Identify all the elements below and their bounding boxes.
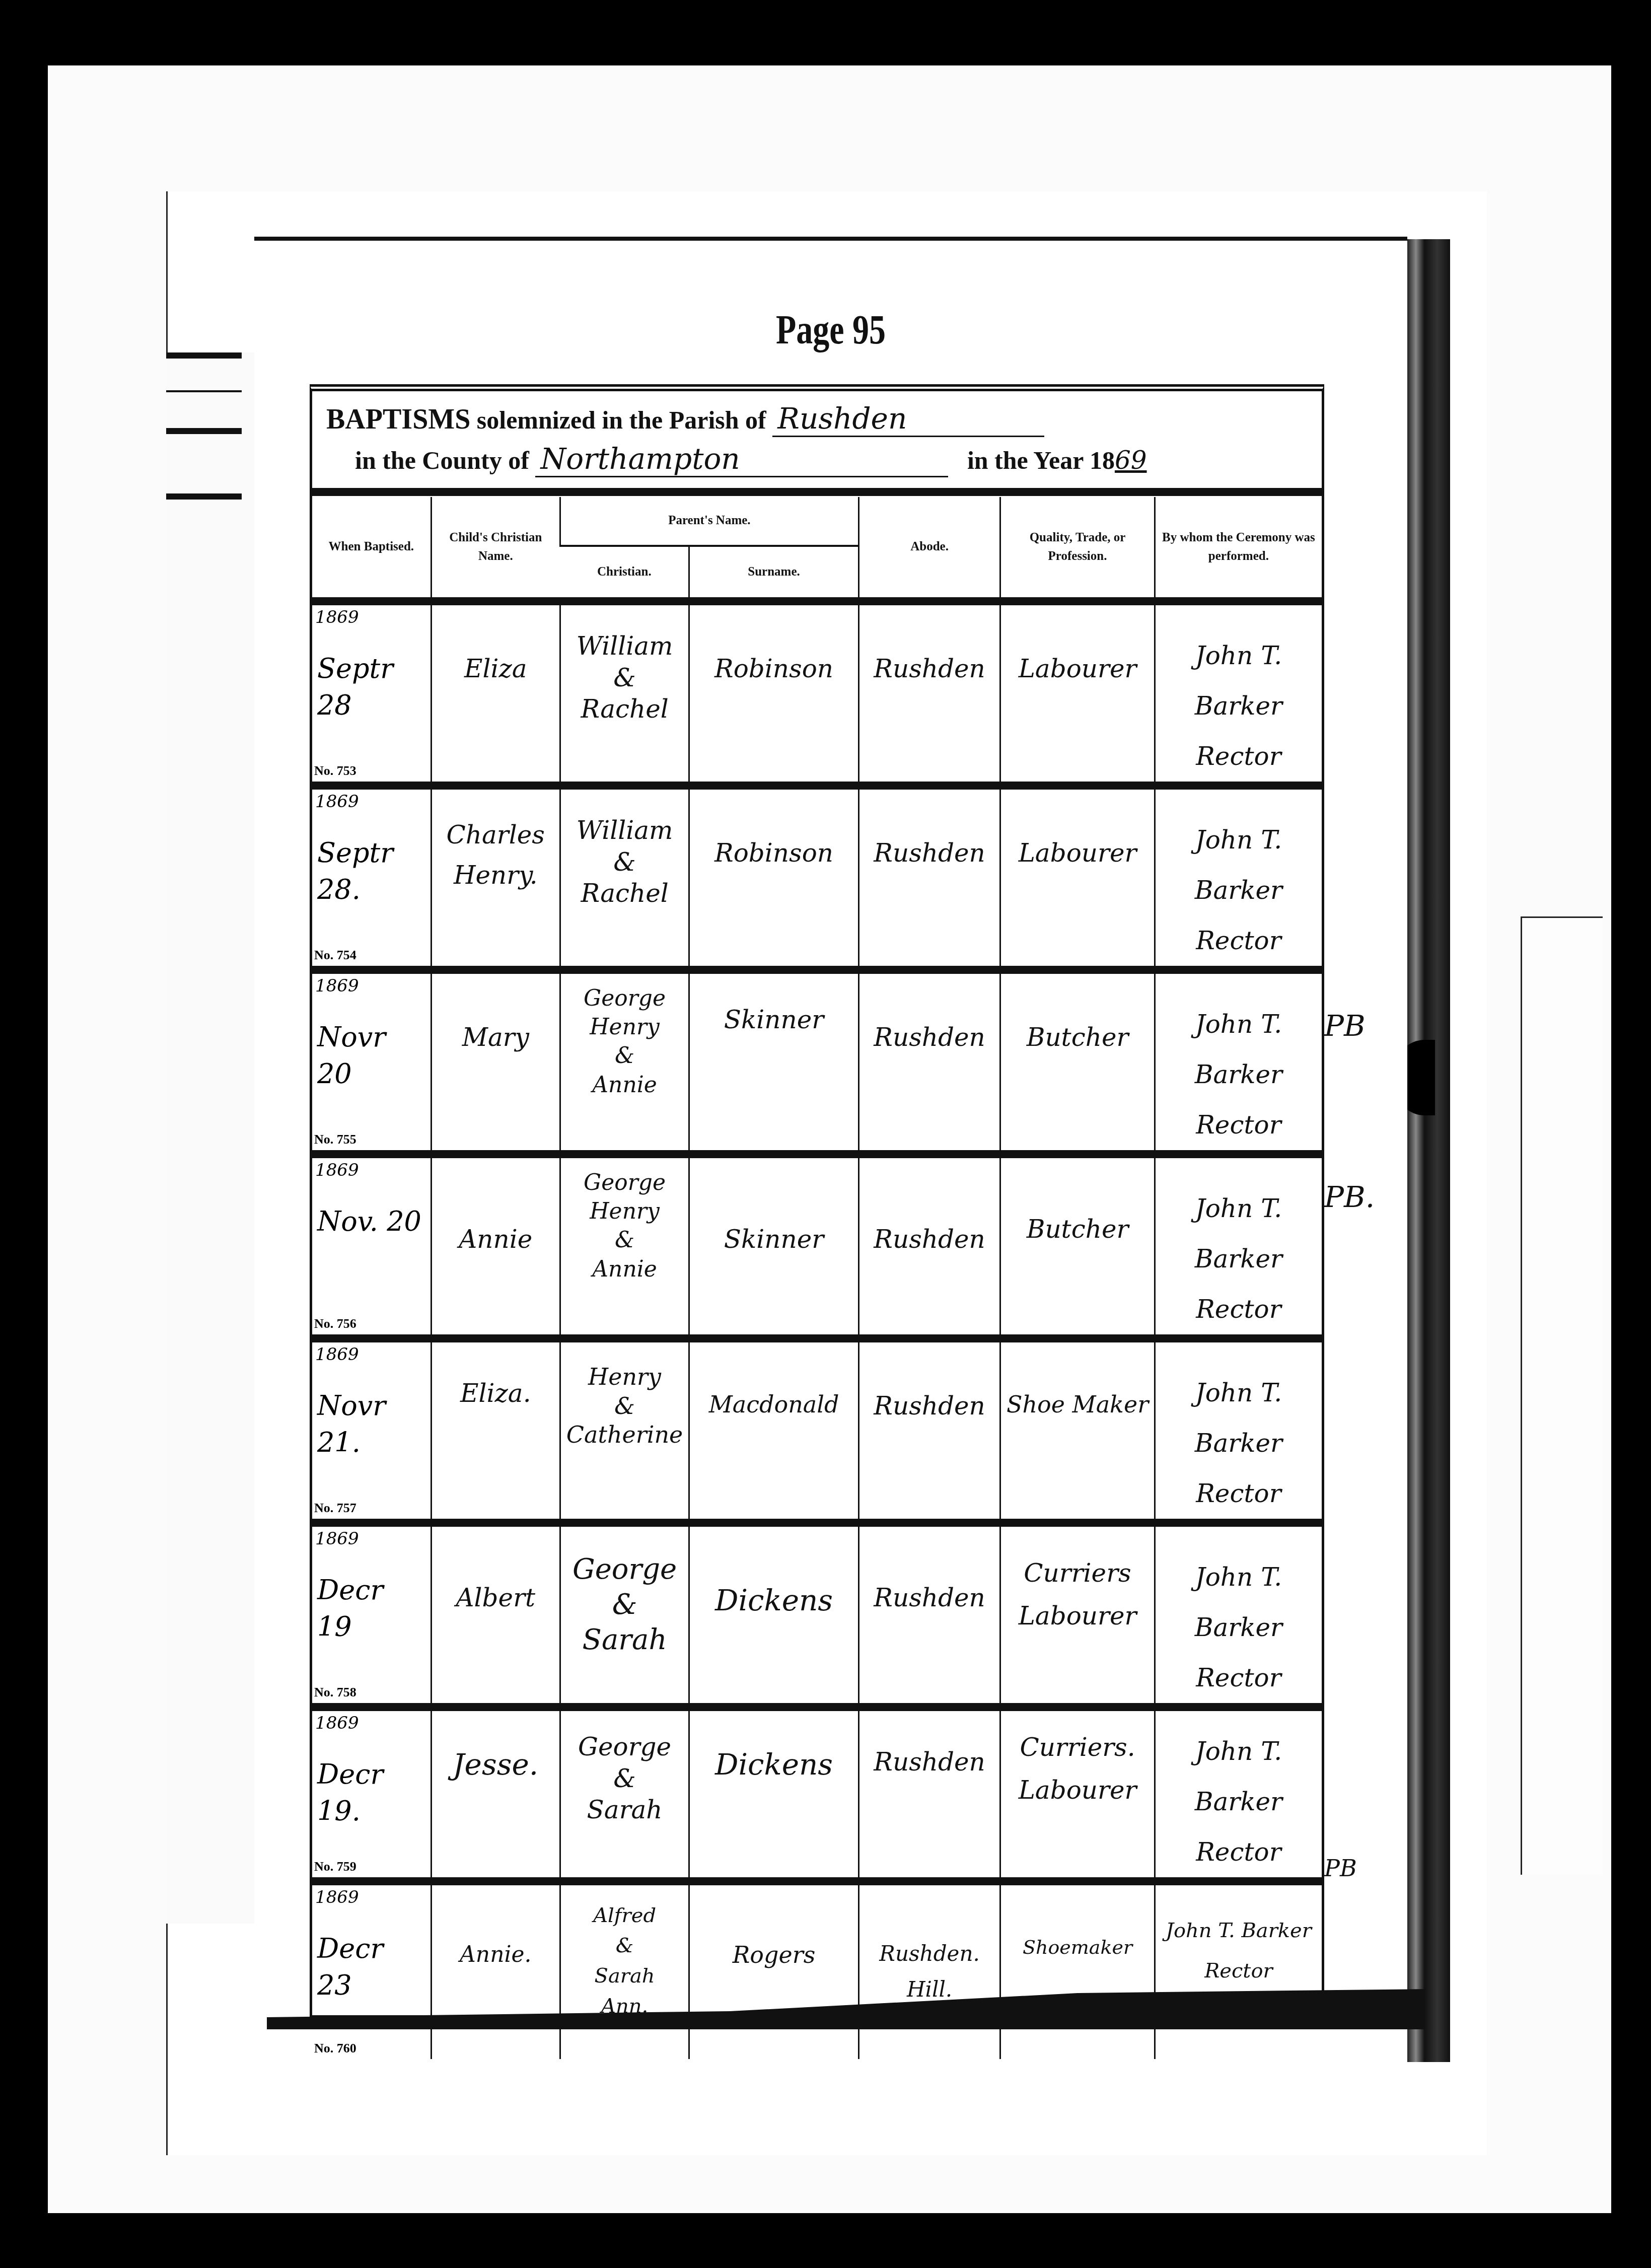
profession: Butcher [1001,974,1154,1053]
child-cell: Charles Henry. [431,786,560,970]
entry-number: No. 758 [314,1685,356,1700]
abode: Rushden [859,1527,999,1614]
profession: Curriers Labourer [1001,1527,1154,1638]
entry-number: No. 756 [314,1316,356,1331]
profession-cell: Labourer [1000,786,1155,970]
profession: Shoemaker [1001,1885,1154,1960]
table-row: 1869 Septr 28. No. 754 Charles Henry. Wi… [312,786,1322,970]
abode: Rushden [859,790,999,869]
performed-by-cell: John T. Barker Rector [1155,1523,1322,1707]
date-cell: 1869 Septr 28. No. 754 [312,786,431,970]
col-parent-surname: Surname. [689,546,859,601]
profession: Curriers. Labourer [1001,1711,1154,1812]
child-name: Eliza. [432,1342,559,1409]
abode-cell: Rushden [858,601,1000,786]
entry-date: Novr 20 [317,1019,386,1093]
profession-cell: Shoemaker [1000,1881,1155,2059]
entry-year: 1869 [315,1713,359,1733]
performed-by-cell: John T. Barker Rector [1155,970,1322,1154]
performed-by: John T. Barker Rector [1156,605,1322,782]
table-row: 1869 Septr 28 No. 753 Eliza William & Ra… [312,601,1322,786]
parents-cell: Henry & Catherine [560,1338,689,1523]
child-name: Annie [432,1158,559,1255]
parents-cell: George & Sarah [560,1523,689,1707]
parents-surname: Skinner [690,974,858,1036]
parents-cell: George Henry & Annie [560,970,689,1154]
date-cell: 1869 Septr 28 No. 753 [312,601,431,786]
previous-page-edge [166,352,259,1924]
book-edge-strip [1521,916,1603,1875]
entry-date: Decr 19. [317,1756,383,1830]
heading-year-label: in the Year 18 [967,446,1115,474]
parents-cell: Alfred & Sarah Ann. [560,1881,689,2059]
performed-by: John T. Barker Rector [1156,1711,1322,1877]
profession: Labourer [1001,605,1154,685]
entry-year: 1869 [315,607,359,627]
col-child-name: Child's Christian Name. [431,497,560,601]
surname-cell: Robinson [689,786,859,970]
child-name: Charles Henry. [432,790,559,895]
entry-date: Decr 23 [317,1931,383,2004]
entry-number: No. 759 [314,1859,356,1874]
table-row: 1869 Nov. 20 No. 756 Annie George Henry … [312,1154,1322,1338]
parish-field: Rushden [772,401,1044,437]
child-name: Annie. [432,1885,559,1968]
date-cell: 1869 Decr 19 No. 758 [312,1523,431,1707]
parents-surname: Rogers [690,1885,858,1970]
profession-cell: Shoe Maker [1000,1338,1155,1523]
abode: Rushden [859,1711,999,1778]
abode: Rushden [859,1158,999,1255]
abode-cell: Rushden [858,970,1000,1154]
parents-cell: William & Rachel [560,786,689,970]
entry-number: No. 755 [314,1132,356,1147]
col-abode: Abode. [858,497,1000,601]
heading-baptisms: BAPTISMS [326,404,470,435]
profession-cell: Curriers Labourer [1000,1523,1155,1707]
margin-note-initials: PB [1324,1855,1357,1882]
performed-by-cell: John T. Barker Rector [1155,786,1322,970]
parents-christian: William & Rachel [561,605,688,725]
surname-cell: Rogers [689,1881,859,2059]
previous-page-rule [166,428,242,434]
surname-cell: Dickens [689,1707,859,1881]
abode-cell: Rushden [858,1338,1000,1523]
entry-year: 1869 [315,1344,359,1365]
parents-christian: George Henry & Annie [561,1158,688,1284]
abode-cell: Rushden [858,786,1000,970]
heading-rule [312,488,1322,496]
performed-by: John T. Barker Rector [1156,974,1322,1150]
surname-cell: Skinner [689,970,859,1154]
child-cell: Annie [431,1154,560,1338]
date-cell: 1869 Decr 19. No. 759 [312,1707,431,1881]
entry-year: 1869 [315,1529,359,1549]
date-cell: 1869 Decr 23 No. 760 [312,1881,431,2059]
profession: Butcher [1001,1158,1154,1245]
child-name: Mary [432,974,559,1053]
table-row: 1869 Novr 21. No. 757 Eliza. Henry & Cat… [312,1338,1322,1523]
child-cell: Albert [431,1523,560,1707]
table-row: 1869 Decr 23 No. 760 Annie. Alfred & Sar… [312,1881,1322,2059]
performed-by-cell: John T. Barker Rector [1155,1707,1322,1881]
performed-by: John T. Barker Rector [1156,1342,1322,1519]
abode: Rushden [859,1342,999,1422]
previous-page-rule [166,493,242,500]
surname-cell: Dickens [689,1523,859,1707]
col-profession: Quality, Trade, or Profession. [1000,497,1155,601]
profession-cell: Butcher [1000,970,1155,1154]
table-row: 1869 Decr 19. No. 759 Jesse. George & Sa… [312,1707,1322,1881]
entry-year: 1869 [315,792,359,812]
parents-christian: Henry & Catherine [561,1342,688,1450]
entry-number: No. 760 [314,2041,356,2056]
parents-cell: William & Rachel [560,601,689,786]
table-row: 1869 Novr 20 No. 755 Mary George Henry &… [312,970,1322,1154]
abode-cell: Rushden [858,1154,1000,1338]
heading-parish-label: solemnized in the Parish of [477,406,766,434]
profession: Labourer [1001,790,1154,869]
col-performed-by: By whom the Ceremony was performed. [1155,497,1322,601]
parents-surname: Macdonald [690,1342,858,1420]
performed-by: John T. Barker Rector [1156,1885,1322,1991]
entry-number: No. 753 [314,763,356,778]
baptism-register: BAPTISMS solemnized in the Parish of Rus… [310,384,1324,2022]
entry-date: Nov. 20 [317,1203,421,1240]
profession-cell: Labourer [1000,601,1155,786]
entry-date: Septr 28 [317,651,393,724]
child-name: Albert [432,1527,559,1614]
child-cell: Mary [431,970,560,1154]
surname-cell: Robinson [689,601,859,786]
parents-christian: Alfred & Sarah Ann. [561,1885,688,2021]
parents-christian: William & Rachel [561,790,688,909]
surname-cell: Skinner [689,1154,859,1338]
performed-by: John T. Barker Rector [1156,1158,1322,1334]
date-cell: 1869 Novr 20 No. 755 [312,970,431,1154]
parents-surname: Robinson [690,605,858,685]
abode: Rushden [859,605,999,685]
parents-surname: Skinner [690,1158,858,1255]
child-name: Jesse. [432,1711,559,1783]
child-cell: Jesse. [431,1707,560,1881]
year-field: 69 [1115,446,1147,475]
date-cell: 1869 Novr 21. No. 757 [312,1338,431,1523]
margin-note-initials: PB. [1324,1180,1375,1214]
surname-cell: Macdonald [689,1338,859,1523]
performed-by-cell: John T. Barker Rector [1155,1881,1322,2059]
previous-page-rule [166,390,242,392]
register-page: Page 95 BAPTISMS solemnized in the Paris… [254,237,1407,2139]
profession: Shoe Maker [1001,1342,1154,1420]
date-cell: 1869 Nov. 20 No. 756 [312,1154,431,1338]
profession-cell: Butcher [1000,1154,1155,1338]
child-cell: Annie. [431,1881,560,2059]
performed-by-cell: John T. Barker Rector [1155,1154,1322,1338]
col-parent-christian: Christian. [560,546,689,601]
previous-page-rule [166,352,242,359]
performed-by: John T. Barker Rector [1156,1527,1322,1703]
table-row: 1869 Decr 19 No. 758 Albert George & Sar… [312,1523,1322,1707]
parents-cell: George Henry & Annie [560,1154,689,1338]
register-heading: BAPTISMS solemnized in the Parish of Rus… [312,391,1322,494]
abode-cell: Rushden [858,1707,1000,1881]
page-title: Page 95 [254,307,1407,355]
parents-surname: Dickens [690,1711,858,1783]
parents-surname: Dickens [690,1527,858,1619]
col-parents-name: Parent's Name. [560,497,858,546]
abode: Rushden [859,974,999,1053]
parents-christian: George Henry & Annie [561,974,688,1099]
performed-by: John T. Barker Rector [1156,790,1322,966]
county-field: Northampton [535,442,948,477]
child-cell: Eliza. [431,1338,560,1523]
col-when-baptised: When Baptised. [312,497,431,601]
entry-number: No. 757 [314,1501,356,1516]
abode-cell: Rushden [858,1523,1000,1707]
child-cell: Eliza [431,601,560,786]
child-name: Eliza [432,605,559,685]
parents-surname: Robinson [690,790,858,869]
abode-cell: Rushden. Hill. [858,1881,1000,2059]
performed-by-cell: John T. Barker Rector [1155,601,1322,786]
entry-year: 1869 [315,1887,359,1907]
baptism-table: When Baptised. Child's Christian Name. P… [312,497,1322,2059]
heading-county-label: in the County of [355,446,529,474]
margin-note-initials: PB [1324,1009,1366,1043]
entry-year: 1869 [315,976,359,996]
parents-christian: George & Sarah [561,1711,688,1826]
parents-christian: George & Sarah [561,1527,688,1658]
heading-line-parish: BAPTISMS solemnized in the Parish of Rus… [326,401,1044,437]
performed-by-cell: John T. Barker Rector [1155,1338,1322,1523]
entry-number: No. 754 [314,948,356,963]
abode: Rushden. Hill. [859,1885,999,2008]
entry-date: Decr 19 [317,1572,383,1646]
entry-date: Novr 21. [317,1388,430,1461]
heading-line-county: in the County of Northampton in the Year… [355,442,1147,477]
entry-date: Septr 28. [317,835,393,908]
parents-cell: George & Sarah [560,1707,689,1881]
profession-cell: Curriers. Labourer [1000,1707,1155,1881]
entry-year: 1869 [315,1160,359,1180]
book-spine-shadow [1407,239,1450,2062]
